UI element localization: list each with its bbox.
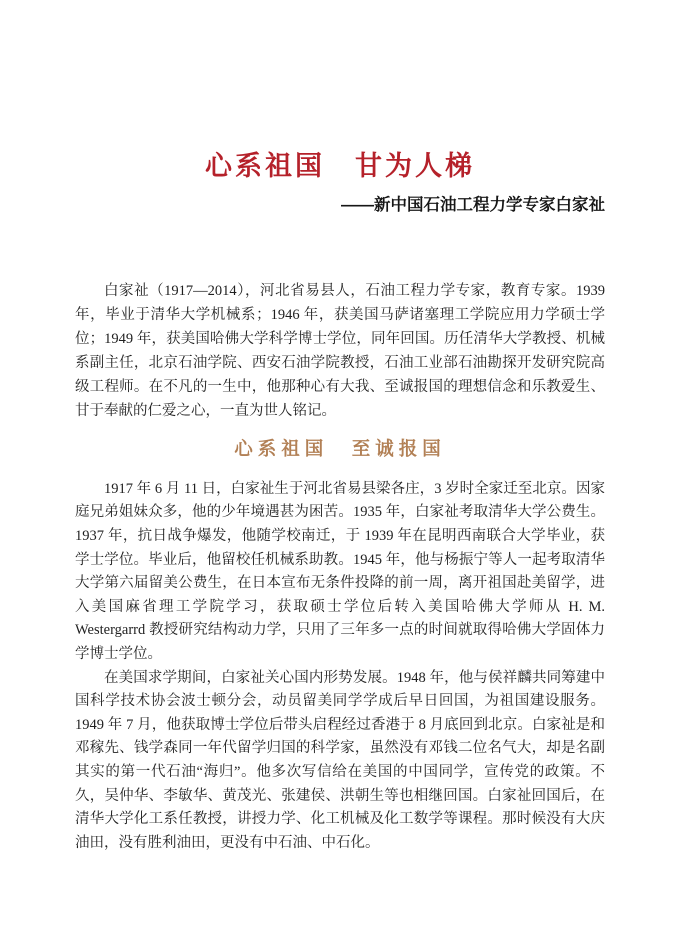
section-heading: 心系祖国 至诚报国 [75,438,605,462]
page-title: 心系祖国 甘为人梯 [75,150,605,182]
page-content: 心系祖国 甘为人梯 ——新中国石油工程力学专家白家祉 白家祉（1917—2014… [75,0,605,855]
page-subtitle: ——新中国石油工程力学专家白家祉 [75,195,605,216]
body-paragraph-2: 在美国求学期间，白家祉关心国内形势发展。1948 年，他与侯祥麟共同筹建中国科学… [75,667,605,856]
intro-paragraph: 白家祉（1917—2014），河北省易县人，石油工程力学专家，教育专家。1939… [75,279,605,423]
body-paragraph-1: 1917 年 6 月 11 日，白家祉生于河北省易县梁各庄，3 岁时全家迁至北京… [75,478,605,667]
document-page: 心系祖国 甘为人梯 ——新中国石油工程力学专家白家祉 白家祉（1917—2014… [0,0,680,945]
